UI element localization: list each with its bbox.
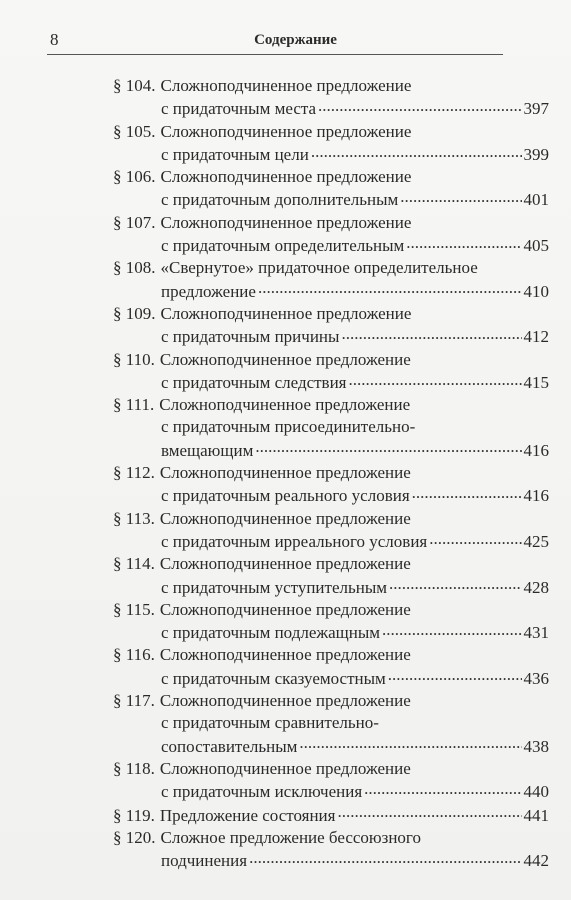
toc-line: с придаточным места397 <box>113 97 549 120</box>
section-title: с придаточным дополнительным <box>161 189 398 211</box>
running-title: Содержание <box>48 32 503 49</box>
toc-line: § 117.Сложноподчиненное предложение <box>113 690 549 712</box>
section-title: с придаточным цели <box>161 144 309 166</box>
section-number: § 106. <box>113 166 156 188</box>
section-title: с придаточным реального условия <box>161 485 410 507</box>
toc-line: с придаточным определительным405 <box>113 234 549 257</box>
toc-line: с придаточным присоединительно- <box>113 416 549 438</box>
section-title: Сложноподчиненное предложение <box>161 212 412 234</box>
section-title: с придаточным подлежащным <box>161 622 380 644</box>
section-title: Сложноподчиненное предложение <box>160 758 411 780</box>
section-title: Сложноподчиненное предложение <box>160 644 411 666</box>
toc-line: с придаточным ирреального условия425 <box>113 530 549 553</box>
toc-line: § 114.Сложноподчиненное предложение <box>113 553 549 575</box>
dot-leader <box>299 735 521 752</box>
section-title: Сложноподчиненное предложение <box>160 462 411 484</box>
section-title: «Свернутое» придаточное определительное <box>161 257 478 279</box>
dot-leader <box>388 667 522 684</box>
toc-line: с придаточным цели399 <box>113 143 549 166</box>
dot-leader <box>341 325 521 342</box>
page-reference: 415 <box>524 372 550 394</box>
dot-leader <box>337 804 521 821</box>
document-page: 8 Содержание § 104.Сложноподчиненное пре… <box>0 0 571 900</box>
section-title: Сложноподчиненное предложение <box>160 349 411 371</box>
section-number: § 104. <box>113 75 156 97</box>
toc-line: сопоставительным438 <box>113 735 549 758</box>
toc-line: с придаточным причины412 <box>113 325 549 348</box>
toc-line: с придаточным дополнительным401 <box>113 188 549 211</box>
toc-entry: § 113.Сложноподчиненное предложениес при… <box>113 508 549 554</box>
page-reference: 401 <box>524 189 550 211</box>
toc-line: с придаточным следствия415 <box>113 371 549 394</box>
section-number: § 120. <box>113 827 156 849</box>
toc-line: § 110.Сложноподчиненное предложение <box>113 349 549 371</box>
dot-leader <box>429 530 521 547</box>
page-reference: 405 <box>524 235 550 257</box>
dot-leader <box>318 97 521 114</box>
page-reference: 399 <box>524 144 550 166</box>
page-reference: 442 <box>524 850 550 872</box>
dot-leader <box>382 621 521 638</box>
toc-line: § 104.Сложноподчиненное предложение <box>113 75 549 97</box>
toc-line: § 106.Сложноподчиненное предложение <box>113 166 549 188</box>
section-title: с придаточным ирреального условия <box>161 531 427 553</box>
page-reference: 441 <box>524 805 550 827</box>
section-title: с придаточным исключения <box>161 781 362 803</box>
section-number: § 113. <box>113 508 155 530</box>
section-title: с придаточным следствия <box>161 372 347 394</box>
toc-line: § 109.Сложноподчиненное предложение <box>113 303 549 325</box>
page-reference: 410 <box>524 281 550 303</box>
dot-leader <box>400 188 521 205</box>
toc-entry: § 114.Сложноподчиненное предложениес при… <box>113 553 549 599</box>
toc-entry: § 118.Сложноподчиненное предложениес при… <box>113 758 549 804</box>
section-number: § 111. <box>113 394 154 416</box>
toc-line: § 112.Сложноподчиненное предложение <box>113 462 549 484</box>
section-title: сопоставительным <box>161 736 297 758</box>
toc-line: с придаточным сказуемостным436 <box>113 667 549 690</box>
page-reference: 416 <box>524 485 550 507</box>
toc-line: § 108.«Свернутое» придаточное определите… <box>113 257 549 279</box>
dot-leader <box>249 849 521 866</box>
section-title: Сложноподчиненное предложение <box>160 690 411 712</box>
section-number: § 117. <box>113 690 155 712</box>
dot-leader <box>389 576 521 593</box>
dot-leader <box>406 234 521 251</box>
section-number: § 108. <box>113 257 156 279</box>
dot-leader <box>364 780 521 797</box>
page-reference: 438 <box>524 736 550 758</box>
toc-line: § 113.Сложноподчиненное предложение <box>113 508 549 530</box>
section-title: предложение <box>161 281 256 303</box>
toc-line: § 118.Сложноподчиненное предложение <box>113 758 549 780</box>
section-title: Сложноподчиненное предложение <box>161 75 412 97</box>
section-title: Сложноподчиненное предложение <box>160 508 411 530</box>
toc-entry: § 111.Сложноподчиненное предложениес при… <box>113 394 549 462</box>
toc-entry: § 115.Сложноподчиненное предложениес при… <box>113 599 549 645</box>
page-reference: 416 <box>524 440 550 462</box>
toc-entry: § 105.Сложноподчиненное предложениес при… <box>113 121 549 167</box>
toc-entry: § 120.Сложное предложение бессоюзногопод… <box>113 827 549 873</box>
toc-line: § 120.Сложное предложение бессоюзного <box>113 827 549 849</box>
section-title: с придаточным сказуемостным <box>161 668 386 690</box>
section-title: Сложное предложение бессоюзного <box>161 827 421 849</box>
toc-entry: § 106.Сложноподчиненное предложениес при… <box>113 166 549 212</box>
page-reference: 428 <box>524 577 550 599</box>
toc-entry: § 108.«Свернутое» придаточное определите… <box>113 257 549 303</box>
page-reference: 425 <box>524 531 550 553</box>
page-header: 8 Содержание <box>48 30 503 54</box>
section-number: § 107. <box>113 212 156 234</box>
section-number: § 112. <box>113 462 155 484</box>
section-number: § 109. <box>113 303 156 325</box>
toc-line: § 111.Сложноподчиненное предложение <box>113 394 549 416</box>
dot-leader <box>412 484 522 501</box>
toc-entry: § 116.Сложноподчиненное предложениес при… <box>113 644 549 690</box>
dot-leader <box>349 371 522 388</box>
toc-line: с придаточным подлежащным431 <box>113 621 549 644</box>
dot-leader <box>311 143 522 160</box>
toc-line: с придаточным уступительным428 <box>113 576 549 599</box>
toc-line: § 105.Сложноподчиненное предложение <box>113 121 549 143</box>
section-title: Сложноподчиненное предложение <box>159 394 410 416</box>
toc-entry: § 109.Сложноподчиненное предложениес при… <box>113 303 549 349</box>
page-reference: 397 <box>524 98 550 120</box>
section-number: § 116. <box>113 644 155 666</box>
toc-line: подчинения442 <box>113 849 549 872</box>
page-reference: 440 <box>524 781 550 803</box>
toc-entry: § 110.Сложноподчиненное предложениес при… <box>113 349 549 395</box>
toc-line: § 119.Предложение состояния441 <box>113 804 549 827</box>
section-number: § 119. <box>113 805 155 827</box>
table-of-contents: § 104.Сложноподчиненное предложениес при… <box>113 75 549 872</box>
toc-line: вмещающим416 <box>113 439 549 462</box>
toc-line: с придаточным сравнительно- <box>113 712 549 734</box>
section-title: Сложноподчиненное предложение <box>160 553 411 575</box>
page-reference: 436 <box>524 668 550 690</box>
toc-entry: § 112.Сложноподчиненное предложениес при… <box>113 462 549 508</box>
header-rule <box>47 54 503 55</box>
section-title: Сложноподчиненное предложение <box>161 303 412 325</box>
toc-line: § 115.Сложноподчиненное предложение <box>113 599 549 621</box>
section-number: § 114. <box>113 553 155 575</box>
page-reference: 412 <box>524 326 550 348</box>
section-number: § 118. <box>113 758 155 780</box>
toc-line: § 116.Сложноподчиненное предложение <box>113 644 549 666</box>
dot-leader <box>258 280 522 297</box>
toc-line: § 107.Сложноподчиненное предложение <box>113 212 549 234</box>
section-title: с придаточным сравнительно- <box>161 712 379 734</box>
toc-line: предложение410 <box>113 280 549 303</box>
section-title: Сложноподчиненное предложение <box>161 166 412 188</box>
section-title: Сложноподчиненное предложение <box>161 121 412 143</box>
toc-entry: § 104.Сложноподчиненное предложениес при… <box>113 75 549 121</box>
section-title: с придаточным места <box>161 98 316 120</box>
toc-line: с придаточным исключения440 <box>113 780 549 803</box>
toc-line: с придаточным реального условия416 <box>113 484 549 507</box>
page-reference: 431 <box>524 622 550 644</box>
section-title: подчинения <box>161 850 247 872</box>
toc-entry: § 117.Сложноподчиненное предложениес при… <box>113 690 549 758</box>
section-number: § 105. <box>113 121 156 143</box>
section-number: § 115. <box>113 599 155 621</box>
section-title: Сложноподчиненное предложение <box>160 599 411 621</box>
section-title: с придаточным присоединительно- <box>161 416 415 438</box>
section-title: Предложение состояния <box>160 805 336 827</box>
dot-leader <box>255 439 521 456</box>
section-title: с придаточным определительным <box>161 235 404 257</box>
section-title: вмещающим <box>161 440 253 462</box>
section-title: с придаточным уступительным <box>161 577 387 599</box>
section-title: с придаточным причины <box>161 326 339 348</box>
section-number: § 110. <box>113 349 155 371</box>
toc-entry: § 119.Предложение состояния441 <box>113 804 549 827</box>
toc-entry: § 107.Сложноподчиненное предложениес при… <box>113 212 549 258</box>
